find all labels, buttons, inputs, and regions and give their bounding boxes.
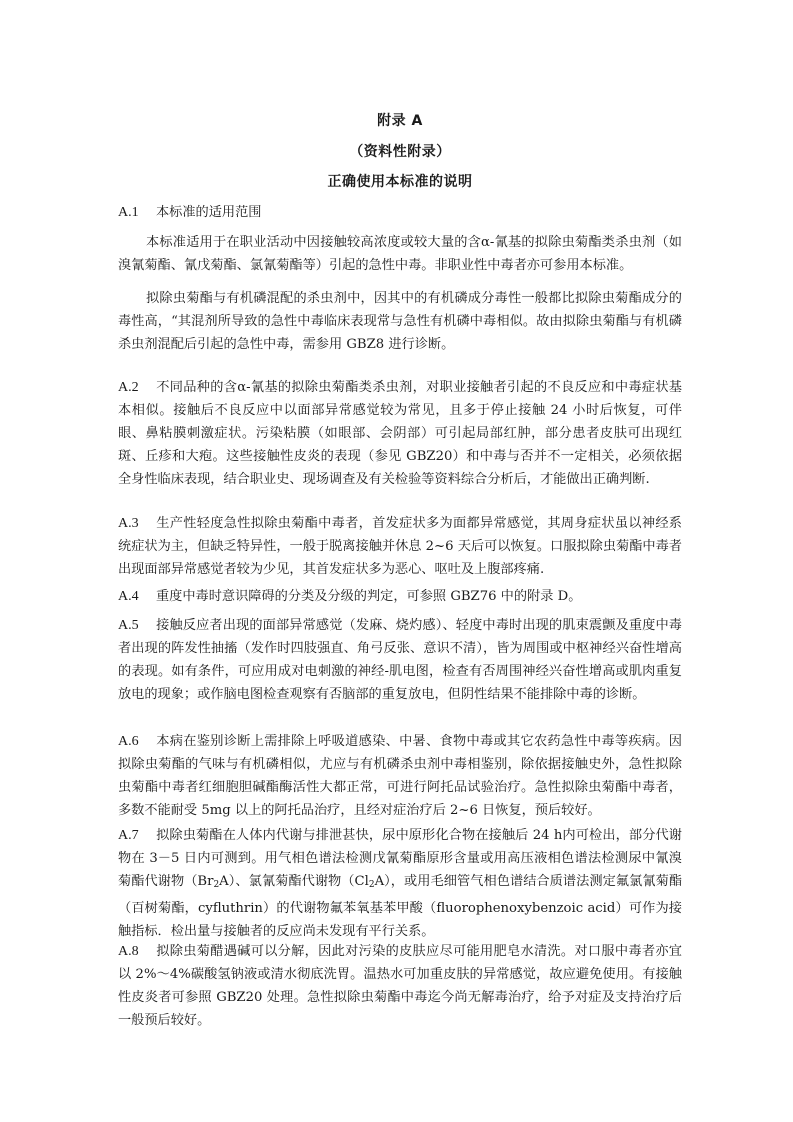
- section-text: 拟除虫菊醋遇碱可以分解，因此对污染的皮肤应尽可能用肥皂水清洗。对口服中毒者亦宜以…: [118, 944, 682, 1028]
- paragraph: 本标准适用于在职业活动中因接触较高浓度或较大量的含α-氰基的拟除虫菊酯类杀虫剂（…: [118, 231, 682, 277]
- section-text: 不同品种的含α-氰基的拟除虫菊酯类杀虫剂，对职业接触者引起的不良反应和中毒症状基…: [118, 380, 682, 487]
- section-a3: A.3生产性轻度急性拟除虫菊酯中毒者，首发症状多为面都异常感觉，其周身症状虽以神…: [118, 512, 682, 581]
- paragraph: A.5接触反应者出现的面部异常感觉（发麻、烧灼感）、轻度中毒时出现的肌束震颤及重…: [118, 614, 682, 706]
- section-text: A）、氯氰菊酯代谢物（Cl: [219, 874, 369, 889]
- section-number: A.5: [118, 614, 156, 637]
- paragraph: A.8拟除虫菊醋遇碱可以分解，因此对污染的皮肤应尽可能用肥皂水清洗。对口服中毒者…: [118, 940, 682, 1032]
- section-a6: A.6本病在鉴别诊断上需排除上呼吸道感染、中暑、食物中毒或其它农药急性中毒等疾病…: [118, 730, 682, 822]
- paragraph: 拟除虫菊酯与有机磷混配的杀虫剂中，因其中的有机磷成分毒性一般都比拟除虫菊酯成分的…: [118, 287, 682, 356]
- section-text: 重度中毒时意识障碍的分类及分级的判定，可参照 GBZ76 中的附录 D。: [156, 589, 581, 604]
- section-number: A.6: [118, 730, 156, 753]
- paragraph: A.4重度中毒时意识障碍的分类及分级的判定，可参照 GBZ76 中的附录 D。: [118, 585, 682, 608]
- section-number: A.7: [118, 824, 156, 847]
- section-a1: A.1本标准的适用范围 本标准适用于在职业活动中因接触较高浓度或较大量的含α-氰…: [118, 201, 682, 356]
- section-text: 接触反应者出现的面部异常感觉（发麻、烧灼感）、轻度中毒时出现的肌束震颤及重度中毒…: [118, 618, 682, 702]
- paragraph: A.6本病在鉴别诊断上需排除上呼吸道感染、中暑、食物中毒或其它农药急性中毒等疾病…: [118, 730, 682, 822]
- section-number: A.8: [118, 940, 156, 963]
- section-text: 生产性轻度急性拟除虫菊酯中毒者，首发症状多为面都异常感觉，其周身症状虽以神经系统…: [118, 516, 682, 577]
- appendix-type: （资料性附录）: [118, 141, 682, 161]
- appendix-title: 正确使用本标准的说明: [118, 171, 682, 191]
- section-title: 本标准的适用范围: [156, 205, 262, 220]
- section-number: A.4: [118, 585, 156, 608]
- section-number: A.2: [118, 376, 156, 399]
- section-a7: A.7拟除虫菊酯在人体内代谢与排泄甚快，尿中原形化合物在接触后 24 h内可检出…: [118, 824, 682, 943]
- section-a2: A.2不同品种的含α-氰基的拟除虫菊酯类杀虫剂，对职业接触者引起的不良反应和中毒…: [118, 376, 682, 491]
- section-number: A.3: [118, 512, 156, 535]
- section-a5: A.5接触反应者出现的面部异常感觉（发麻、烧灼感）、轻度中毒时出现的肌束震颤及重…: [118, 614, 682, 706]
- section-number: A.1: [118, 201, 156, 224]
- paragraph: A.3生产性轻度急性拟除虫菊酯中毒者，首发症状多为面都异常感觉，其周身症状虽以神…: [118, 512, 682, 581]
- section-a8: A.8拟除虫菊醋遇碱可以分解，因此对污染的皮肤应尽可能用肥皂水清洗。对口服中毒者…: [118, 940, 682, 1032]
- appendix-label: 附录 A: [118, 110, 682, 130]
- section-a4: A.4重度中毒时意识障碍的分类及分级的判定，可参照 GBZ76 中的附录 D。: [118, 585, 682, 608]
- paragraph: A.2不同品种的含α-氰基的拟除虫菊酯类杀虫剂，对职业接触者引起的不良反应和中毒…: [118, 376, 682, 491]
- section-heading: A.1本标准的适用范围: [118, 201, 682, 224]
- paragraph: A.7拟除虫菊酯在人体内代谢与排泄甚快，尿中原形化合物在接触后 24 h内可检出…: [118, 824, 682, 943]
- section-text: 本病在鉴别诊断上需排除上呼吸道感染、中暑、食物中毒或其它农药急性中毒等疾病。因拟…: [118, 734, 682, 818]
